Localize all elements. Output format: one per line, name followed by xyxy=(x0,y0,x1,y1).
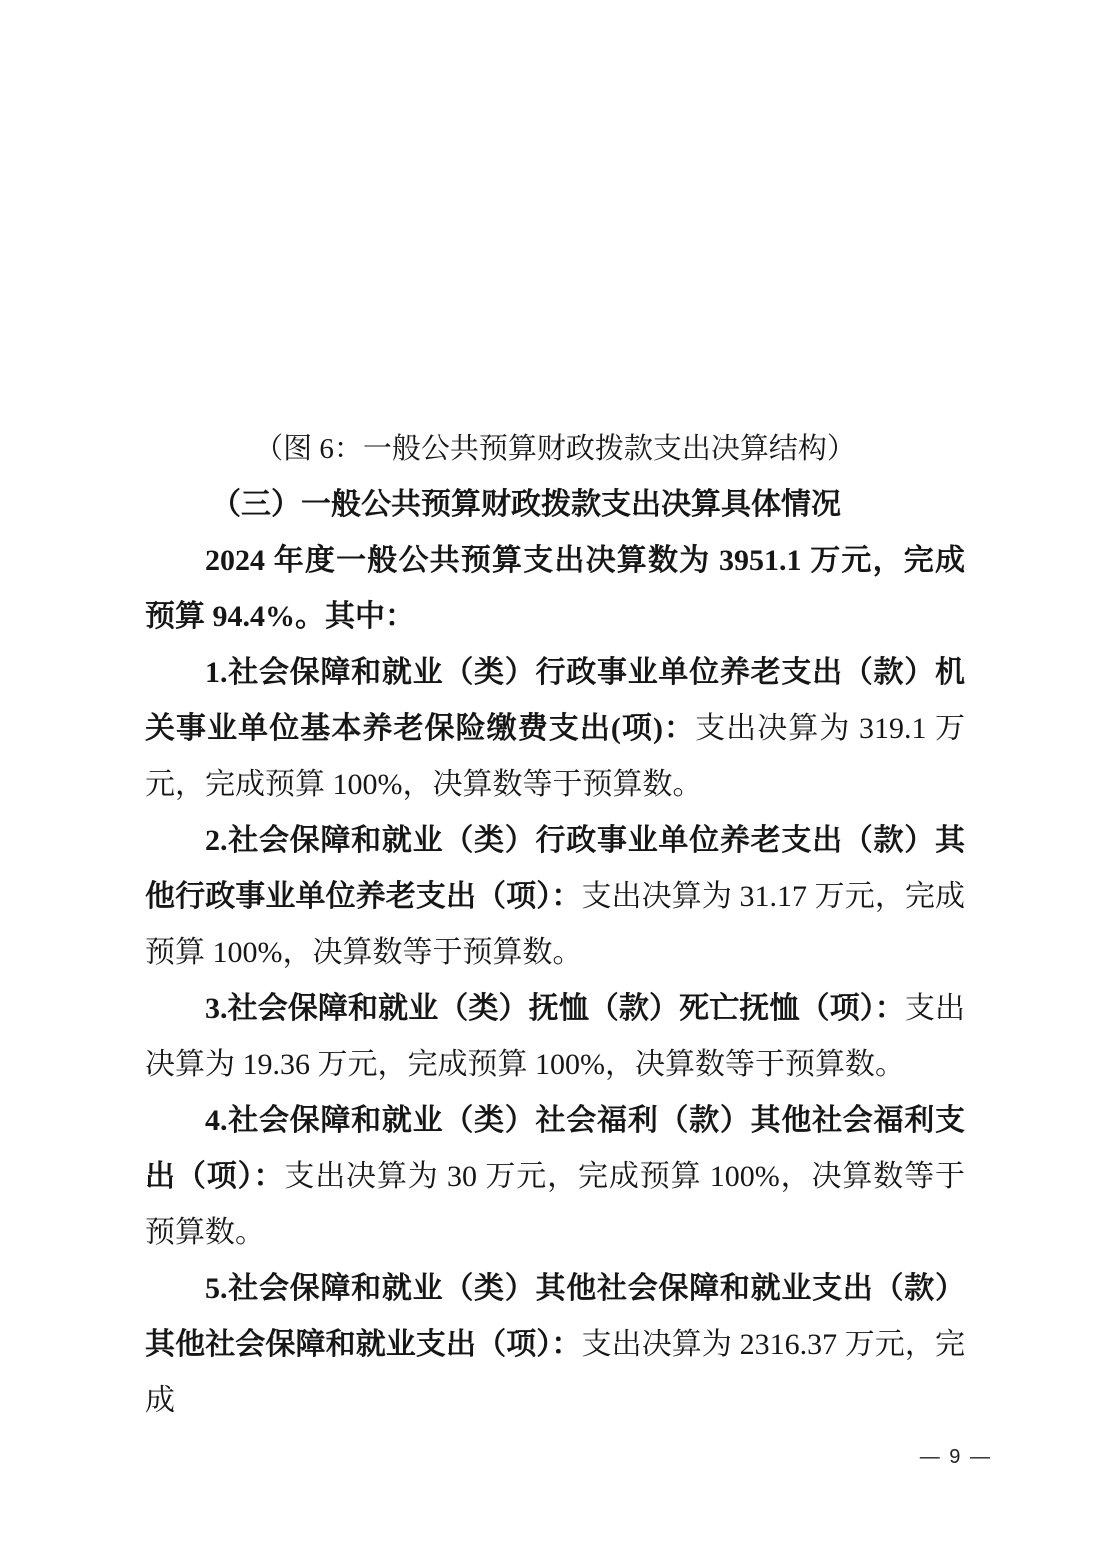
intro-paragraph-text: 2024 年度一般公共预算支出决算数为 3951.1 万元，完成预算 94.4%… xyxy=(145,544,965,633)
page-content: （图 6：一般公共预算财政拨款支出决算结构） （三）一般公共预算财政拨款支出决算… xyxy=(145,421,965,1429)
item-paragraph-3: 3.社会保障和就业（类）抚恤（款）死亡抚恤（项）：支出决算为 19.36 万元，… xyxy=(145,981,965,1093)
section-heading: （三）一般公共预算财政拨款支出决算具体情况 xyxy=(145,477,965,533)
item-paragraph-1: 1.社会保障和就业（类）行政事业单位养老支出（款）机关事业单位基本养老保险缴费支… xyxy=(145,645,965,813)
document-page: （图 6：一般公共预算财政拨款支出决算结构） （三）一般公共预算财政拨款支出决算… xyxy=(0,0,1100,1555)
page-number: — 9 — xyxy=(920,1446,992,1469)
item-paragraph-5: 5.社会保障和就业（类）其他社会保障和就业支出（款）其他社会保障和就业支出（项）… xyxy=(145,1261,965,1429)
item-paragraph-2: 2.社会保障和就业（类）行政事业单位养老支出（款）其他行政事业单位养老支出（项）… xyxy=(145,813,965,981)
figure-caption: （图 6：一般公共预算财政拨款支出决算结构） xyxy=(145,421,965,477)
item-paragraph-4: 4.社会保障和就业（类）社会福利（款）其他社会福利支出（项）：支出决算为 30 … xyxy=(145,1093,965,1261)
item-3-label: 3.社会保障和就业（类）抚恤（款）死亡抚恤（项）： xyxy=(205,992,905,1025)
intro-paragraph: 2024 年度一般公共预算支出决算数为 3951.1 万元，完成预算 94.4%… xyxy=(145,533,965,645)
